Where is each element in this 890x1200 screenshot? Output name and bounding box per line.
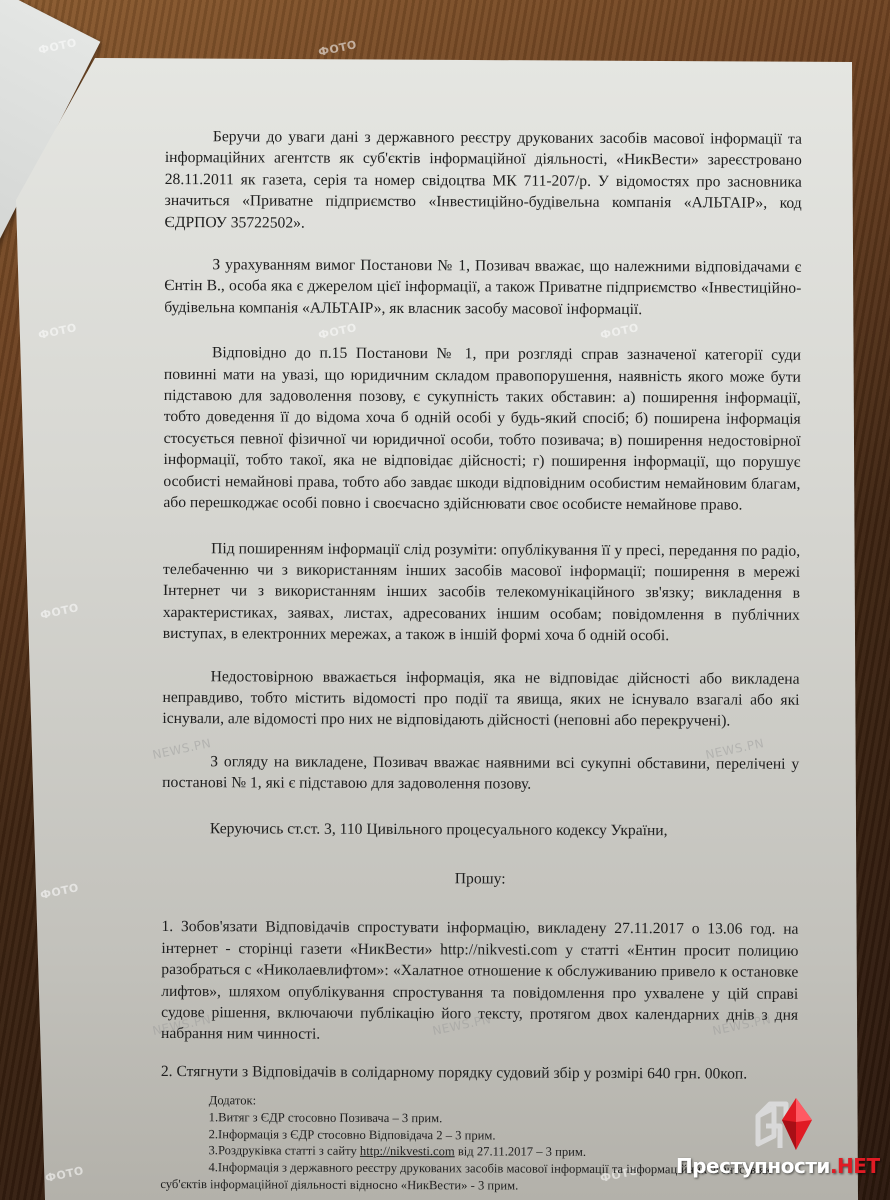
paragraph-false-info: Недостовірною вважається інформація, яка… — [162, 666, 799, 733]
gem-logo-icon — [746, 1092, 826, 1156]
request-item: 2. Стягнути з Відповідачів в солідарному… — [161, 1061, 798, 1085]
paragraph-defendants: З урахуванням вимог Постанови № 1, Позив… — [164, 254, 801, 321]
attachment-link[interactable]: http://nikvesti.com — [360, 1144, 455, 1158]
paragraph-conclusion: З огляду на викладене, Позивач вважає на… — [162, 751, 799, 797]
logo-text: Преступности.НЕТ — [676, 1154, 880, 1178]
request-item: 1. Зобов'язати Відповідачів спростувати … — [161, 916, 799, 1047]
legal-basis: Керуючись ст.ст. 3, 110 Цивільного проце… — [162, 818, 799, 842]
paragraph-registry: Беручи до уваги дані з державного реєстр… — [165, 126, 802, 236]
paragraph-dissemination: Під поширенням інформації слід розуміти:… — [163, 537, 800, 647]
watermark-foto: ФОТО — [317, 38, 358, 59]
site-logo: Преступности.НЕТ — [676, 1088, 886, 1196]
request-heading: Прошу: — [162, 867, 799, 891]
paragraph-circumstances: Відповідно до п.15 Постанови № 1, при ро… — [163, 342, 801, 516]
document-body: Беручи до уваги дані з державного реєстр… — [160, 126, 802, 1195]
